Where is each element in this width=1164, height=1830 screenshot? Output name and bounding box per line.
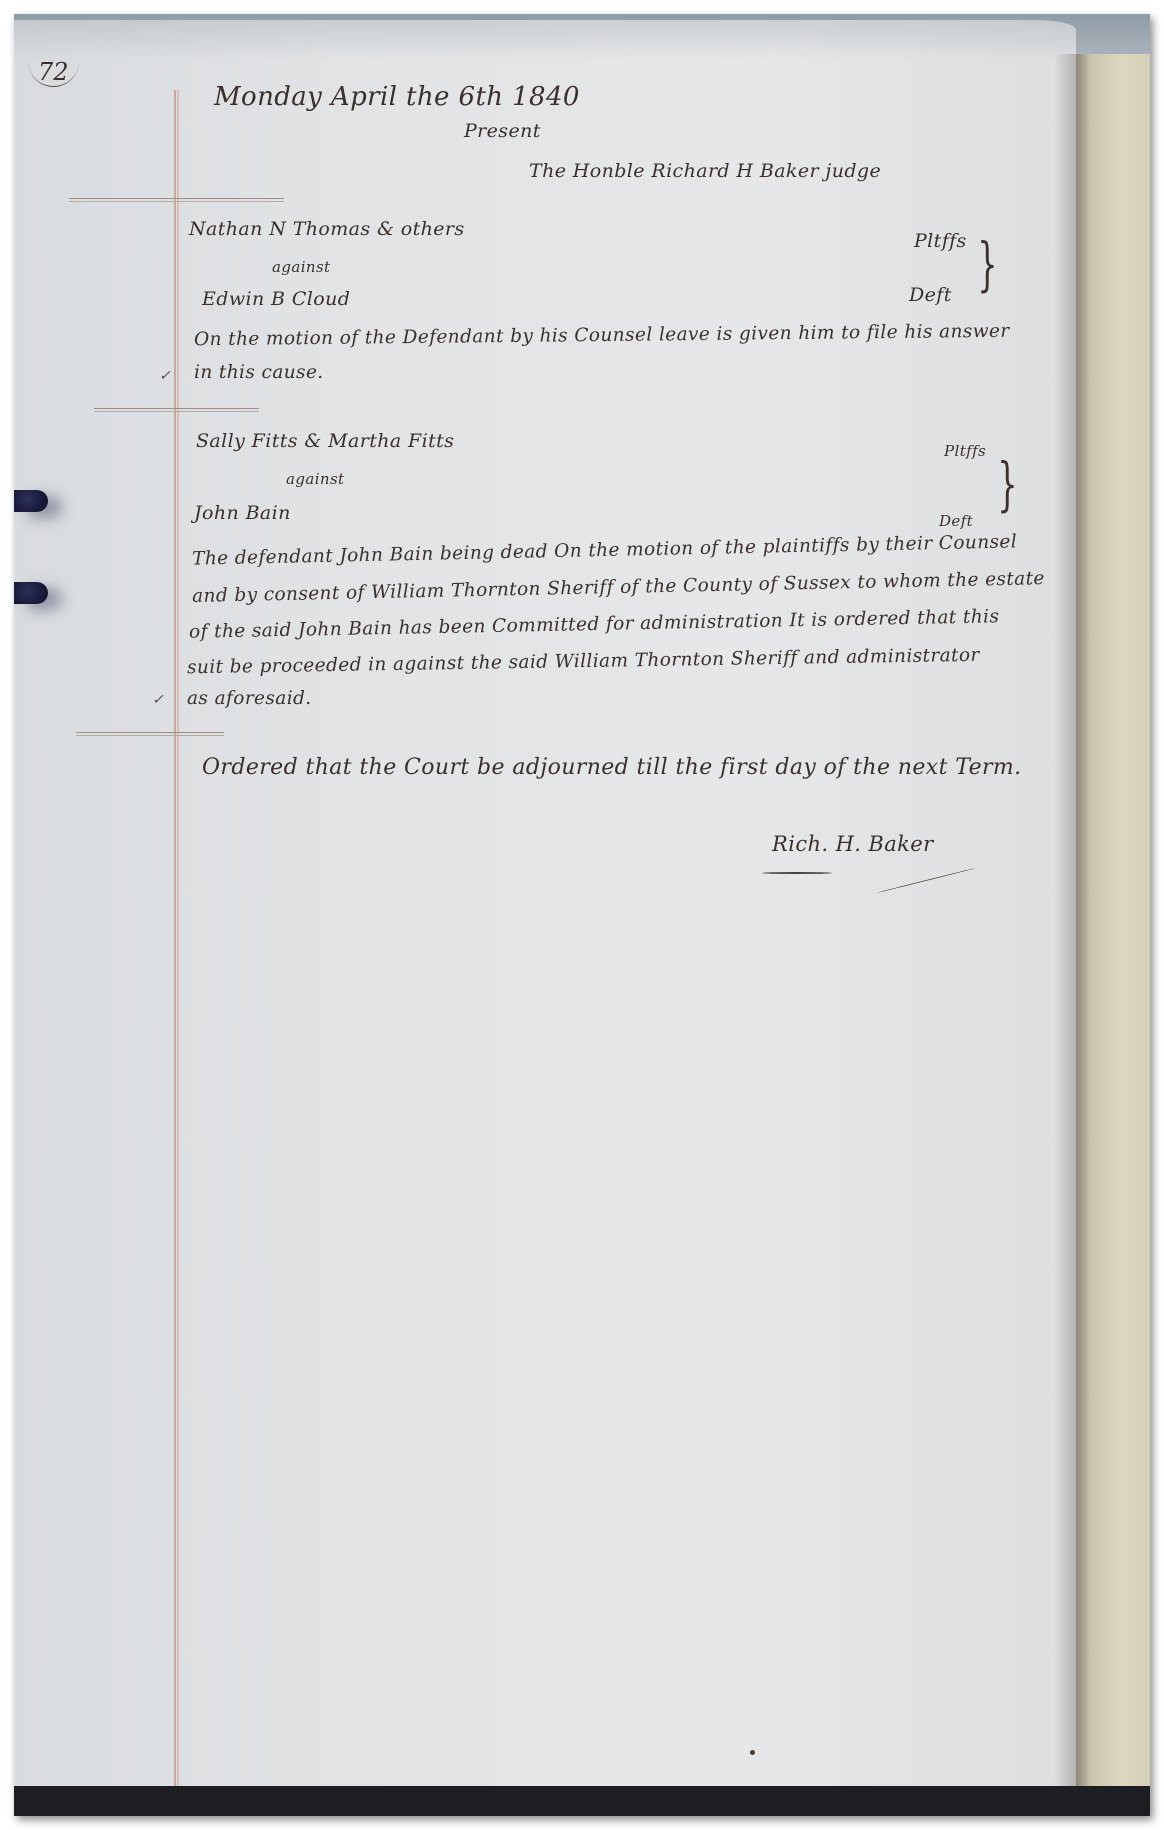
judge-signature: Rich. H. Baker (772, 832, 934, 856)
entry-2-plaintiffs: Sally Fitts & Martha Fitts (196, 430, 454, 452)
entry-1-defendant-label: Deft (909, 284, 952, 306)
entry-2-text-line: of the said John Bain has been Committed… (189, 606, 1000, 643)
ink-speck (750, 1750, 755, 1755)
present-label: Present (464, 120, 541, 142)
book-cover-edge (14, 1786, 1150, 1816)
checkmark-icon: ✓ (152, 692, 164, 708)
checkmark-icon: ✓ (159, 368, 171, 384)
bracket-icon: } (977, 230, 997, 298)
entry-1-plaintiffs: Nathan N Thomas & others (189, 218, 465, 240)
bracket-icon: } (997, 450, 1017, 518)
entry-1-text-line: in this cause. (194, 362, 324, 383)
entry-2-defendant: John Bain (194, 502, 291, 524)
margin-rule (174, 90, 176, 1810)
entry-2-text-line: suit be proceeded in against the said Wi… (187, 645, 980, 678)
page-top-shadow (14, 20, 1076, 60)
signature-flourish (877, 868, 974, 893)
entry-2-text-line: and by consent of William Thornton Sheri… (192, 568, 1045, 607)
closing-order: Ordered that the Court be adjourned till… (202, 755, 1022, 780)
presiding-judge: The Honble Richard H Baker judge (529, 160, 881, 182)
ledger-page: 72 Monday April the 6th 1840 Present The… (14, 20, 1076, 1810)
entry-2-text-line: as aforesaid. (187, 688, 312, 709)
adjacent-page (1076, 54, 1150, 1816)
binder-ring-icon (14, 490, 48, 512)
folio-number: 72 (28, 58, 79, 87)
scan-frame: 72 Monday April the 6th 1840 Present The… (14, 14, 1150, 1816)
entry-1-text-line: On the motion of the Defendant by his Co… (194, 321, 1010, 351)
entry-1-plaintiff-label: Pltffs (914, 230, 967, 252)
section-divider (94, 408, 259, 409)
entry-2-defendant-label: Deft (939, 512, 973, 530)
signature-flourish (762, 872, 832, 874)
section-divider (76, 732, 224, 733)
entry-2-plaintiff-label: Pltffs (944, 442, 986, 460)
date-line: Monday April the 6th 1840 (214, 82, 580, 112)
entry-2-versus: against (286, 470, 344, 488)
entry-2-text-line: The defendant John Bain being dead On th… (192, 531, 1017, 569)
binder-ring-icon (14, 582, 48, 604)
section-divider (69, 198, 284, 199)
entry-1-defendant: Edwin B Cloud (202, 288, 350, 310)
entry-1-versus: against (272, 258, 330, 276)
